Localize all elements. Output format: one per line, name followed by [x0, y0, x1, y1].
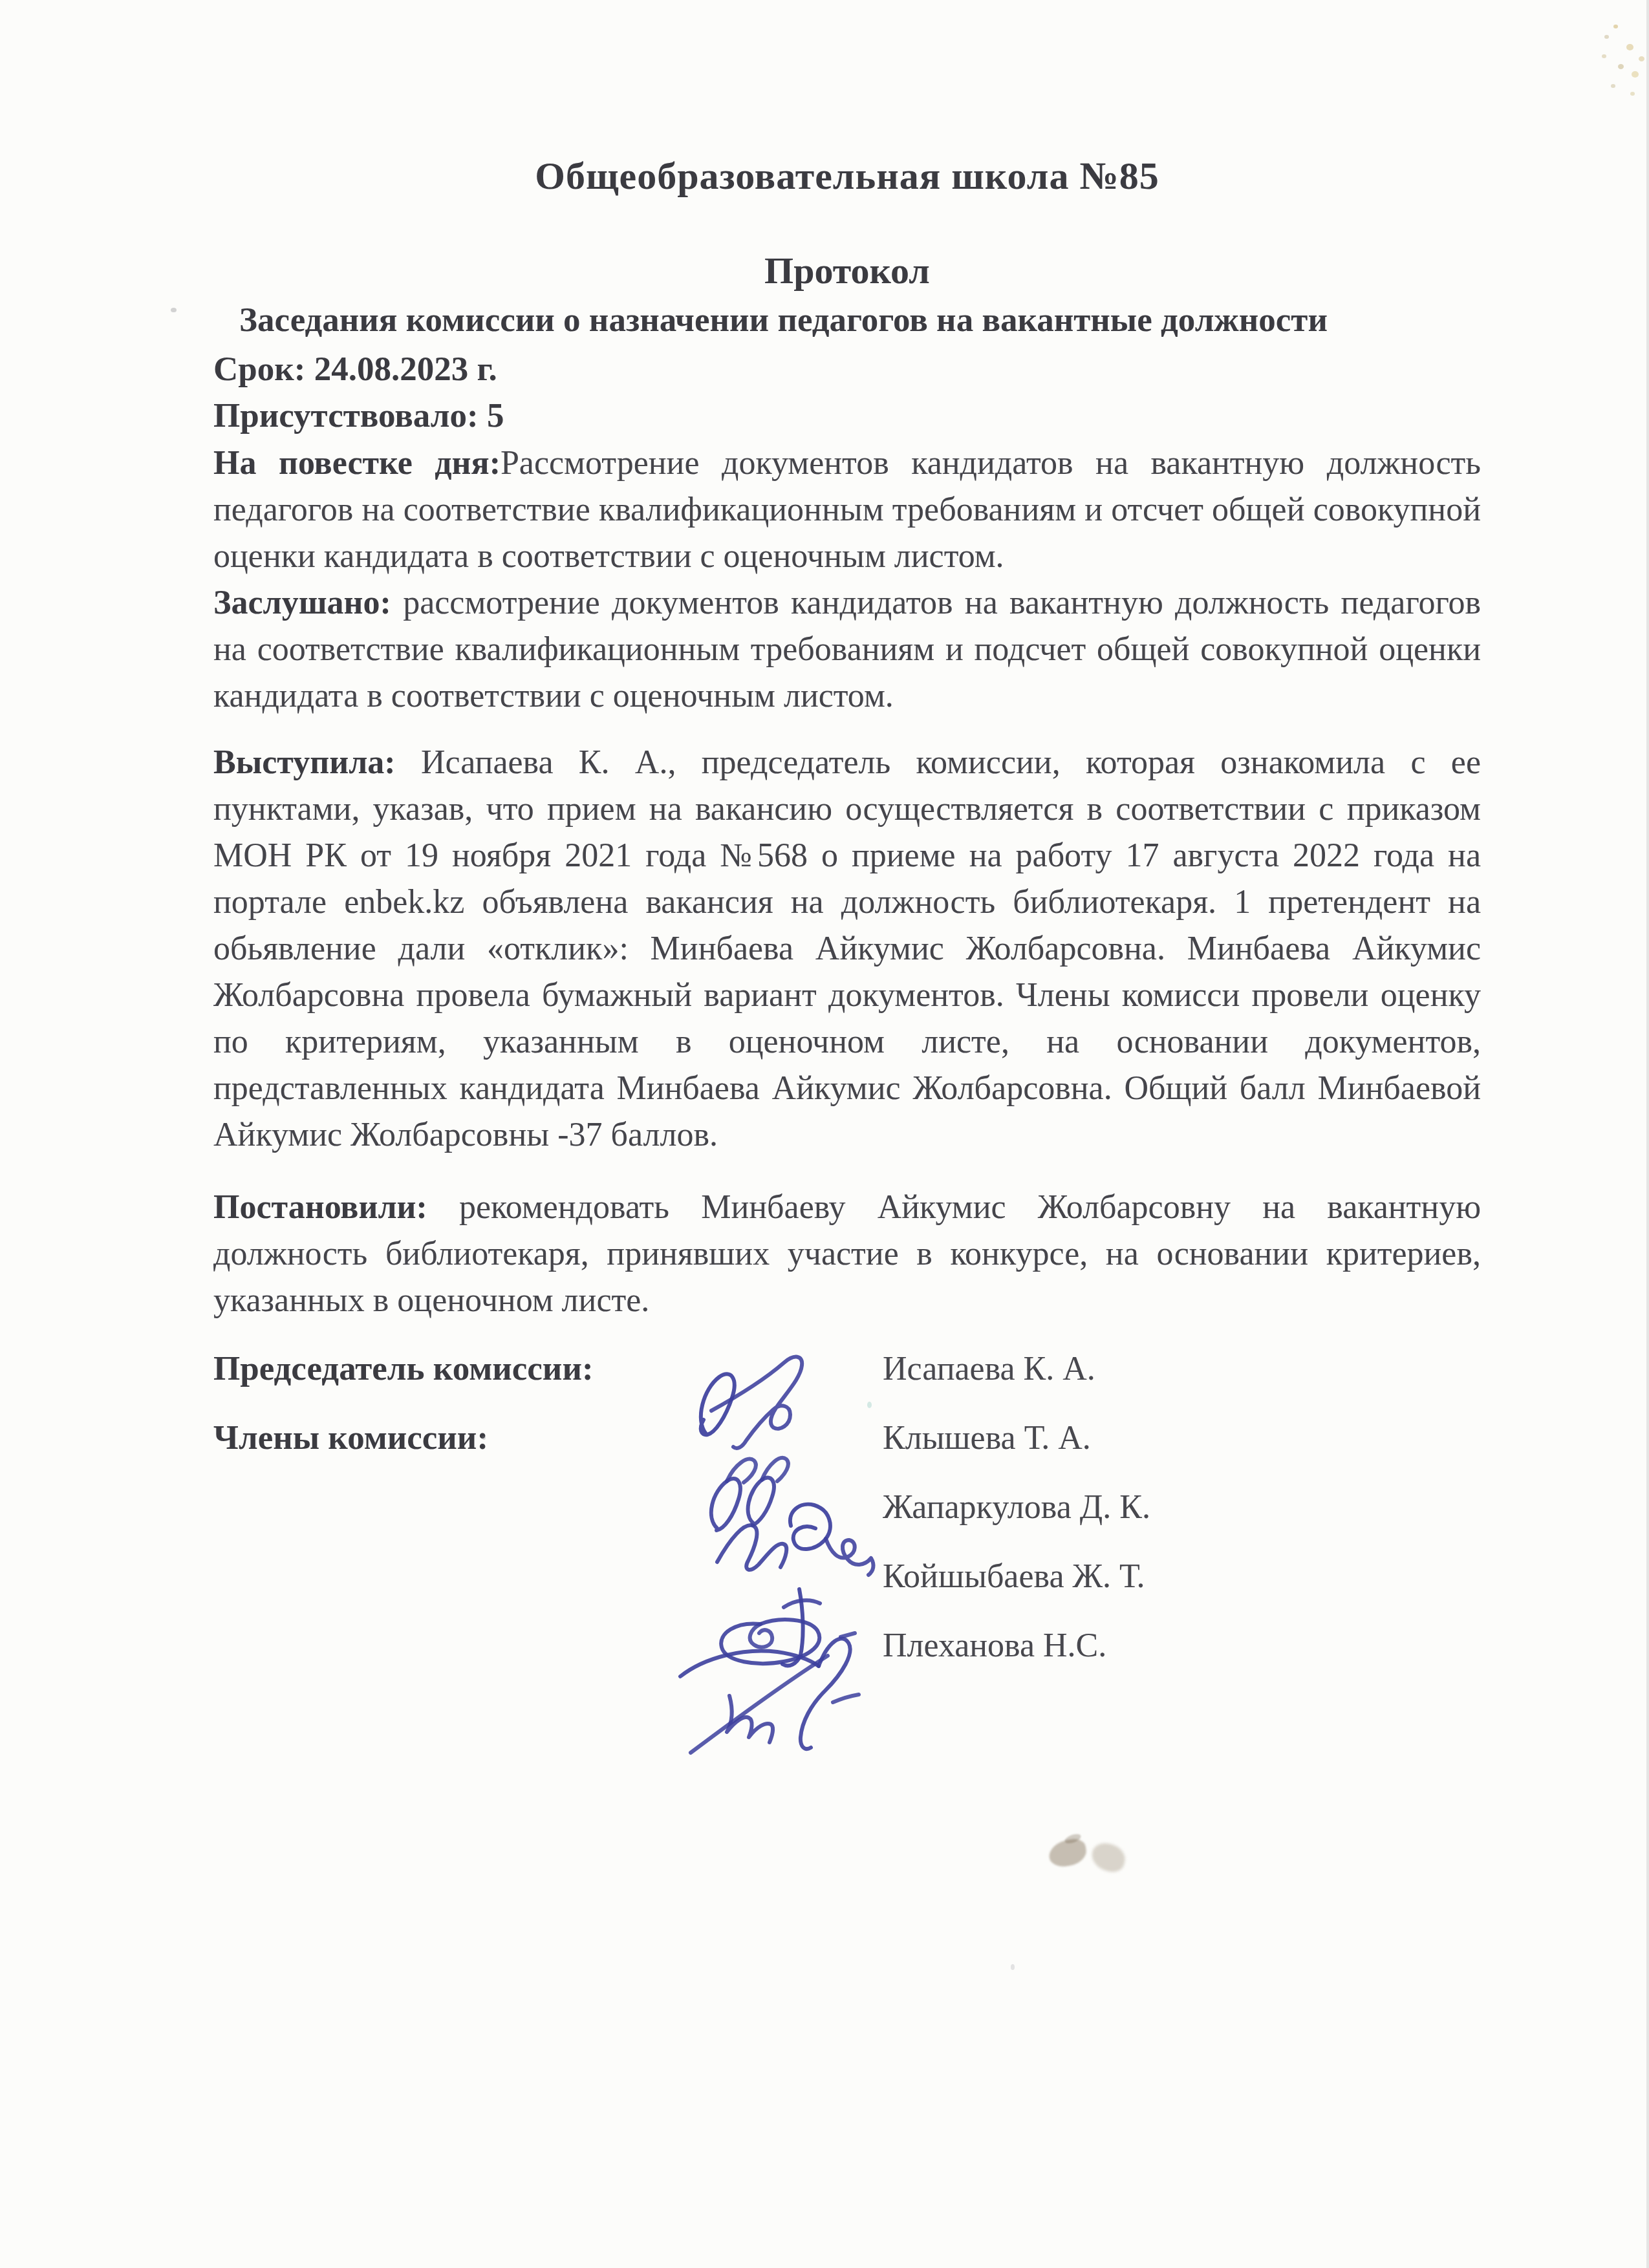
- signature-row-chair: Председатель комиссии: Исапаева К. А.: [213, 1334, 1481, 1404]
- meeting-subject: Заседания комиссии о назначении педагого…: [213, 297, 1481, 343]
- school-title: Общеобразовательная школа №85: [213, 153, 1481, 199]
- signature-row-member-1: Члены комиссии: Клышева Т. А.: [213, 1404, 1481, 1473]
- chair-name: Исапаева К. А.: [883, 1334, 1095, 1404]
- agenda-label: На повестке дня:: [213, 445, 501, 482]
- scan-speck-cluster: [1613, 25, 1618, 28]
- member-name-4: Плеханова Н.С.: [883, 1611, 1106, 1680]
- scan-smudge: [1047, 1837, 1088, 1869]
- member-name-3: Койшыбаева Ж. Т.: [883, 1542, 1145, 1611]
- heard-label: Заслушано:: [213, 584, 391, 621]
- scan-smudge: [1089, 1841, 1128, 1874]
- member-name-1: Клышева Т. А.: [883, 1404, 1091, 1473]
- scan-speck: [171, 308, 177, 312]
- scanned-protocol-page: Общеобразовательная школа №85 Протокол З…: [0, 0, 1649, 2268]
- resolution-label: Постановили:: [213, 1189, 427, 1226]
- plekhanova-signature: [673, 1620, 867, 1759]
- date-line: Срок: 24.08.2023 г.: [213, 346, 1481, 392]
- zhaparkulova-signature: [708, 1499, 875, 1575]
- speaker-text: Исапаева К. А., председатель комиссии, к…: [213, 744, 1481, 1153]
- document-content: Общеобразовательная школа №85 Протокол З…: [213, 0, 1481, 1680]
- speaker-paragraph: Выступила: Исапаева К. А., председатель …: [213, 740, 1481, 1159]
- scan-speck: [1011, 1964, 1015, 1970]
- agenda-paragraph: На повестке дня:Рассмотрение документов …: [213, 440, 1481, 580]
- member-name-2: Жапаркулова Д. К.: [883, 1473, 1150, 1542]
- heard-paragraph: Заслушано: рассмотрение документов канди…: [213, 580, 1481, 720]
- attendance-line: Присутствовало: 5: [213, 392, 1481, 439]
- heard-text: рассмотрение документов кандидатов на ва…: [213, 584, 1481, 714]
- document-type-heading: Протокол: [213, 248, 1481, 294]
- scanner-edge-line: [1646, 0, 1649, 2268]
- scan-smudge: [1064, 1832, 1083, 1845]
- speaker-label: Выступила:: [213, 744, 396, 781]
- resolution-paragraph: Постановили: рекомендовать Минбаеву Айку…: [213, 1184, 1481, 1324]
